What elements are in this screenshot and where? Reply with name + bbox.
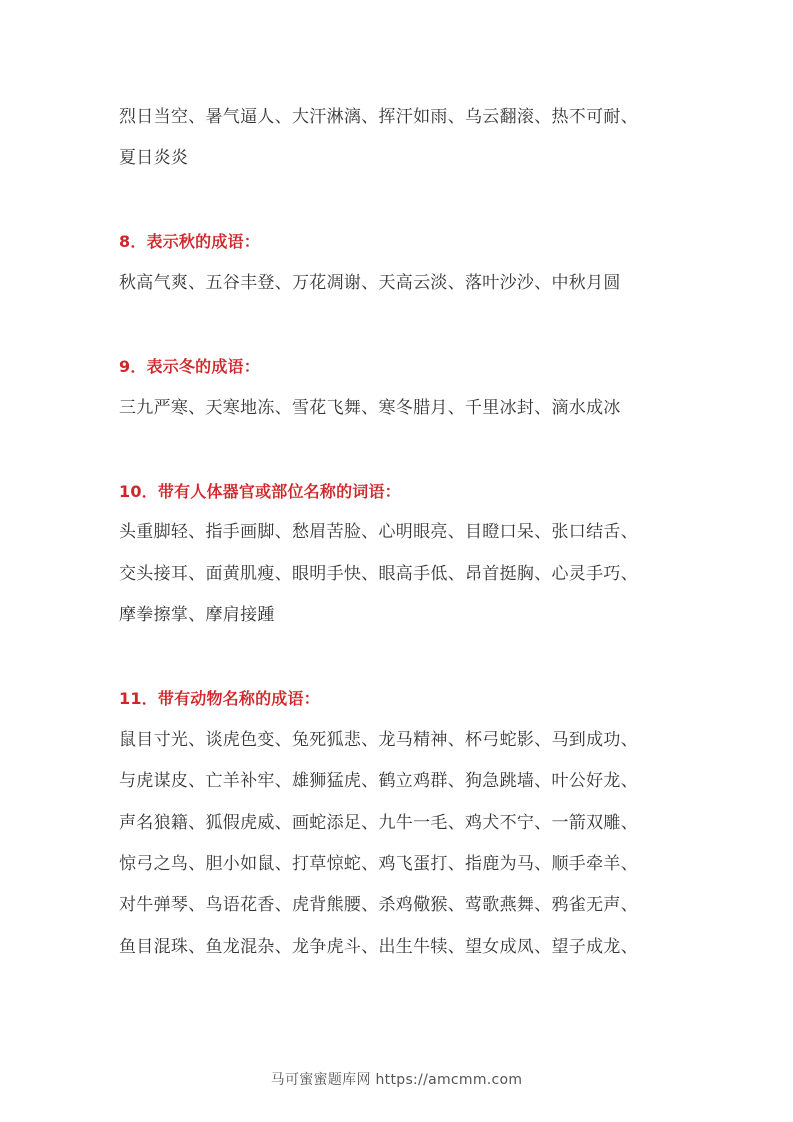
idiom-line: 烈日当空、暑气逼人、大汗淋漓、挥汗如雨、乌云翻滚、热不可耐、 bbox=[119, 105, 638, 129]
idiom-line: 夏日炎炎 bbox=[119, 146, 188, 170]
idiom-line: 鼠目寸光、谈虎色变、兔死狐悲、龙马精神、杯弓蛇影、马到成功、 bbox=[119, 728, 638, 752]
idiom-line: 摩拳擦掌、摩肩接踵 bbox=[119, 603, 275, 627]
idiom-line: 头重脚轻、指手画脚、愁眉苦脸、心明眼亮、目瞪口呆、张口结舌、 bbox=[119, 520, 638, 544]
idiom-line: 惊弓之鸟、胆小如鼠、打草惊蛇、鸡飞蛋打、指鹿为马、顺手牵羊、 bbox=[119, 852, 638, 876]
section-heading-body-parts: 10．带有人体器官或部位名称的词语： bbox=[119, 480, 401, 504]
idiom-line: 与虎谋皮、亡羊补牢、雄狮猛虎、鹤立鸡群、狗急跳墙、叶公好龙、 bbox=[119, 769, 638, 793]
section-heading-animals: 11．带有动物名称的成语： bbox=[119, 687, 320, 711]
footer-watermark: 马可蜜蜜题库网 https://amcmm.com bbox=[0, 1068, 793, 1092]
document-page: 烈日当空、暑气逼人、大汗淋漓、挥汗如雨、乌云翻滚、热不可耐、 夏日炎炎 8．表示… bbox=[0, 0, 793, 1122]
idiom-line: 声名狼籍、狐假虎威、画蛇添足、九牛一毛、鸡犬不宁、一箭双雕、 bbox=[119, 811, 638, 835]
idiom-line: 对牛弹琴、鸟语花香、虎背熊腰、杀鸡儆猴、莺歌燕舞、鸦雀无声、 bbox=[119, 893, 638, 917]
section-heading-autumn: 8．表示秋的成语： bbox=[119, 230, 260, 254]
idiom-line: 交头接耳、面黄肌瘦、眼明手快、眼高手低、昂首挺胸、心灵手巧、 bbox=[119, 562, 638, 586]
idiom-line: 秋高气爽、五谷丰登、万花凋谢、天高云淡、落叶沙沙、中秋月圆 bbox=[119, 271, 621, 295]
idiom-line: 三九严寒、天寒地冻、雪花飞舞、寒冬腊月、千里冰封、滴水成冰 bbox=[119, 396, 621, 420]
section-heading-winter: 9．表示冬的成语： bbox=[119, 355, 260, 379]
idiom-line: 鱼目混珠、鱼龙混杂、龙争虎斗、出生牛犊、望女成凤、望子成龙、 bbox=[119, 935, 638, 959]
